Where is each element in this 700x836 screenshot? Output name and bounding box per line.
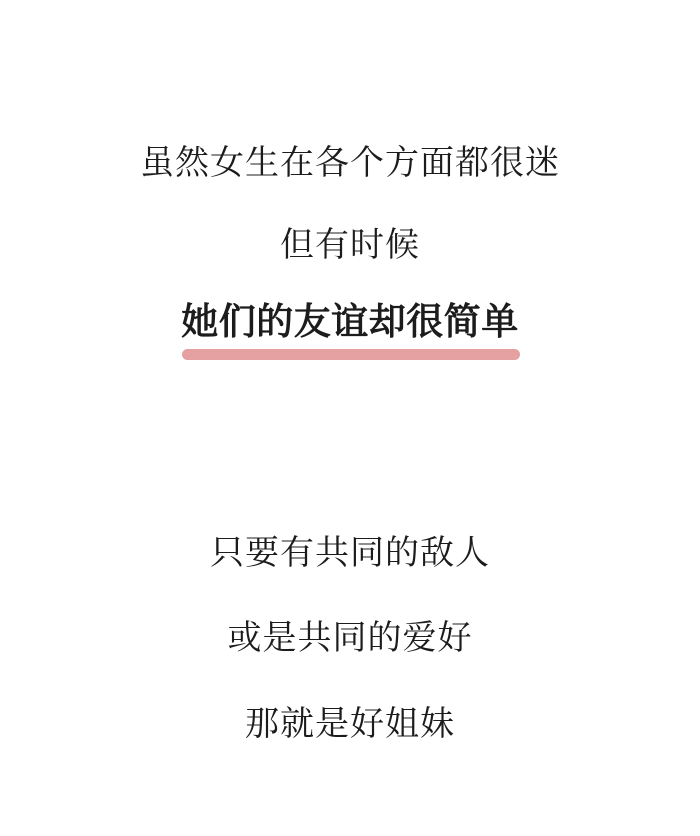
- bottom-text-line-3: 那就是好姐妹: [0, 707, 700, 741]
- bottom-text-line-2: 或是共同的爱好: [0, 621, 700, 655]
- bottom-text-line-1: 只要有共同的敌人: [0, 536, 700, 570]
- emphasized-text-line: 她们的友谊却很简单: [0, 303, 700, 340]
- top-text-line-1: 虽然女生在各个方面都很迷: [0, 146, 700, 180]
- pink-highlight-underline: [182, 349, 520, 360]
- top-text-line-2: 但有时候: [0, 228, 700, 262]
- text-card: 虽然女生在各个方面都很迷 但有时候 她们的友谊却很简单 只要有共同的敌人 或是共…: [0, 0, 700, 836]
